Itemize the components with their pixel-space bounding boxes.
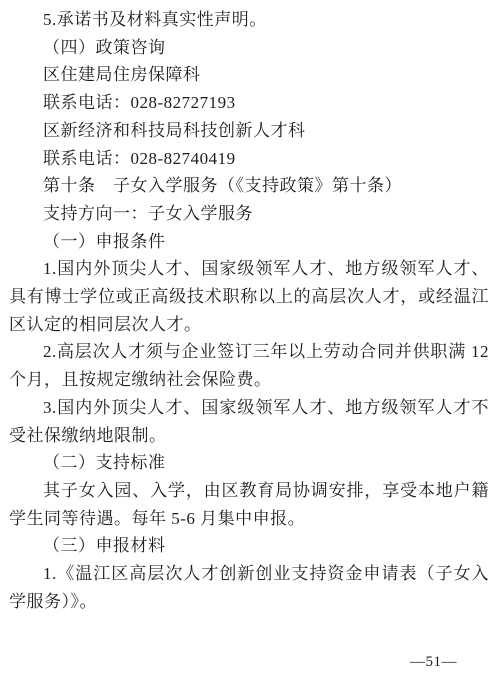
paragraph-phone-housing: 联系电话：028-82727193: [9, 89, 489, 117]
paragraph-condition-1: 1.国内外顶尖人才、国家级领军人才、地方级领军人才、具有博士学位或正高级技术职称…: [9, 255, 489, 338]
paragraph-condition-3: 3.国内外顶尖人才、国家级领军人才、地方级领军人才不受社保缴纳地限制。: [9, 394, 489, 449]
paragraph-subsection-3-heading: （三）申报材料: [9, 532, 489, 560]
page-number: —51—: [410, 654, 457, 671]
paragraph-subsection-1-heading: （一）申报条件: [9, 228, 489, 256]
paragraph-support-direction: 支持方向一：子女入学服务: [9, 200, 489, 228]
paragraph-material-1: 1.《温江区高层次人才创新创业支持资金申请表（子女入学服务）》。: [9, 560, 489, 615]
paragraph-phone-tech: 联系电话：028-82740419: [9, 145, 489, 173]
document-page: 5.承诺书及材料真实性声明。 （四）政策咨询 区住建局住房保障科 联系电话：02…: [0, 0, 498, 682]
paragraph-section-4-heading: （四）政策咨询: [9, 34, 489, 62]
paragraph-support-standard: 其子女入园、入学，由区教育局协调安排，享受本地户籍学生同等待遇。每年 5-6 月…: [9, 477, 489, 532]
document-body: 5.承诺书及材料真实性声明。 （四）政策咨询 区住建局住房保障科 联系电话：02…: [9, 6, 489, 615]
paragraph-subsection-2-heading: （二）支持标准: [9, 449, 489, 477]
paragraph-dept-housing: 区住建局住房保障科: [9, 61, 489, 89]
paragraph-declaration-item: 5.承诺书及材料真实性声明。: [9, 6, 489, 34]
paragraph-condition-2: 2.高层次人才须与企业签订三年以上劳动合同并供职满 12 个月，且按规定缴纳社会…: [9, 338, 489, 393]
paragraph-article-10-heading: 第十条 子女入学服务（《支持政策》第十条）: [9, 172, 489, 200]
paragraph-dept-tech: 区新经济和科技局科技创新人才科: [9, 117, 489, 145]
